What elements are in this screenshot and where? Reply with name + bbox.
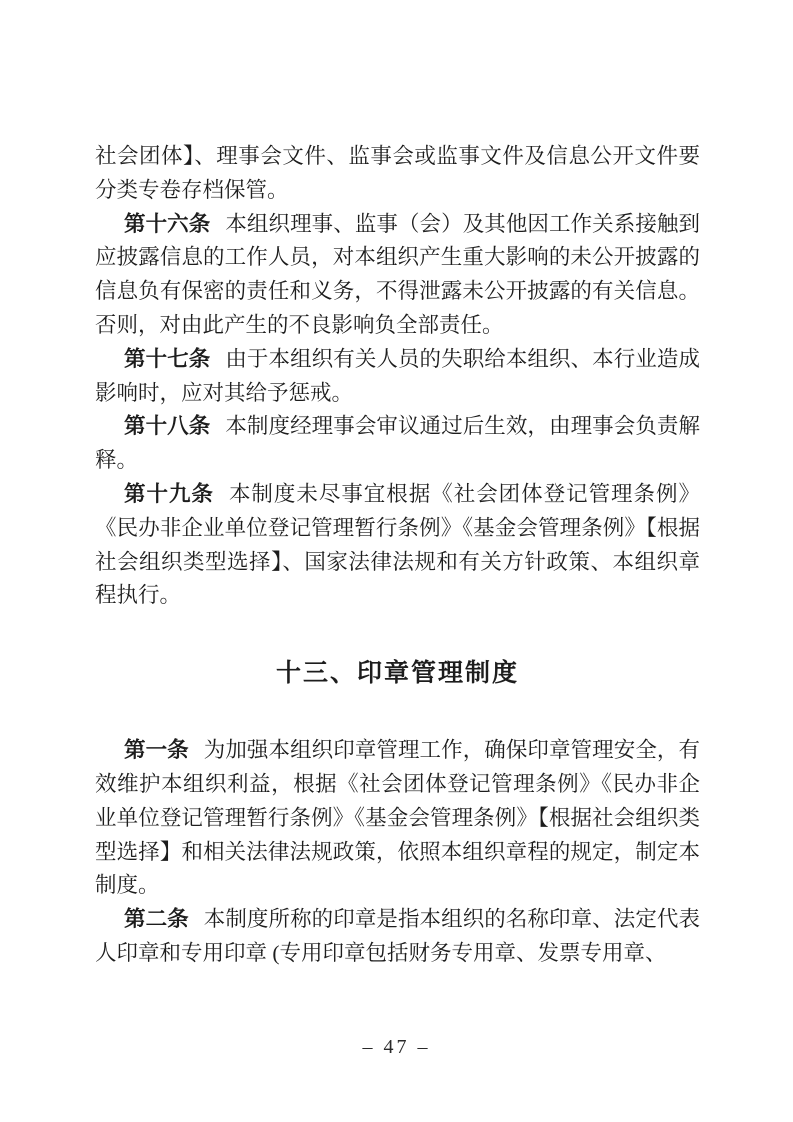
article-2-number: 第二条 [124,907,189,931]
article-1-paragraph: 第一条为加强本组织印章管理工作，确保印章管理安全，有效维护本组织利益，根据《社会… [95,734,700,903]
document-body: 社会团体】、理事会文件、监事会或监事文件及信息公开文件要分类专卷存档保管。 第十… [95,140,700,971]
section-heading: 十三、印章管理制度 [95,656,700,690]
article-18-paragraph: 第十八条本制度经理事会审议通过后生效，由理事会负责解释。 [95,410,700,478]
article-16-paragraph: 第十六条本组织理事、监事（会）及其他因工作关系接触到应披露信息的工作人员，对本组… [95,208,700,343]
article-17-number: 第十七条 [124,347,210,371]
article-16-number: 第十六条 [124,212,210,236]
paragraph-text: 社会团体】、理事会文件、监事会或监事文件及信息公开文件要分类专卷存档保管。 [95,144,700,202]
page-number: – 47 – [0,1036,793,1059]
article-1-number: 第一条 [124,738,189,762]
continuation-paragraph: 社会团体】、理事会文件、监事会或监事文件及信息公开文件要分类专卷存档保管。 [95,140,700,208]
article-19-paragraph: 第十九条本制度未尽事宜根据《社会团体登记管理条例》《民办非企业单位登记管理暂行条… [95,478,700,613]
article-18-number: 第十八条 [124,414,210,438]
article-1-text: 为加强本组织印章管理工作，确保印章管理安全，有效维护本组织利益，根据《社会团体登… [95,738,700,897]
article-2-paragraph: 第二条本制度所称的印章是指本组织的名称印章、法定代表人印章和专用印章 (专用印章… [95,903,700,971]
article-17-paragraph: 第十七条由于本组织有关人员的失职给本组织、本行业造成影响时，应对其给予惩戒。 [95,343,700,411]
document-page: 社会团体】、理事会文件、监事会或监事文件及信息公开文件要分类专卷存档保管。 第十… [0,0,793,1122]
article-19-number: 第十九条 [124,482,214,506]
